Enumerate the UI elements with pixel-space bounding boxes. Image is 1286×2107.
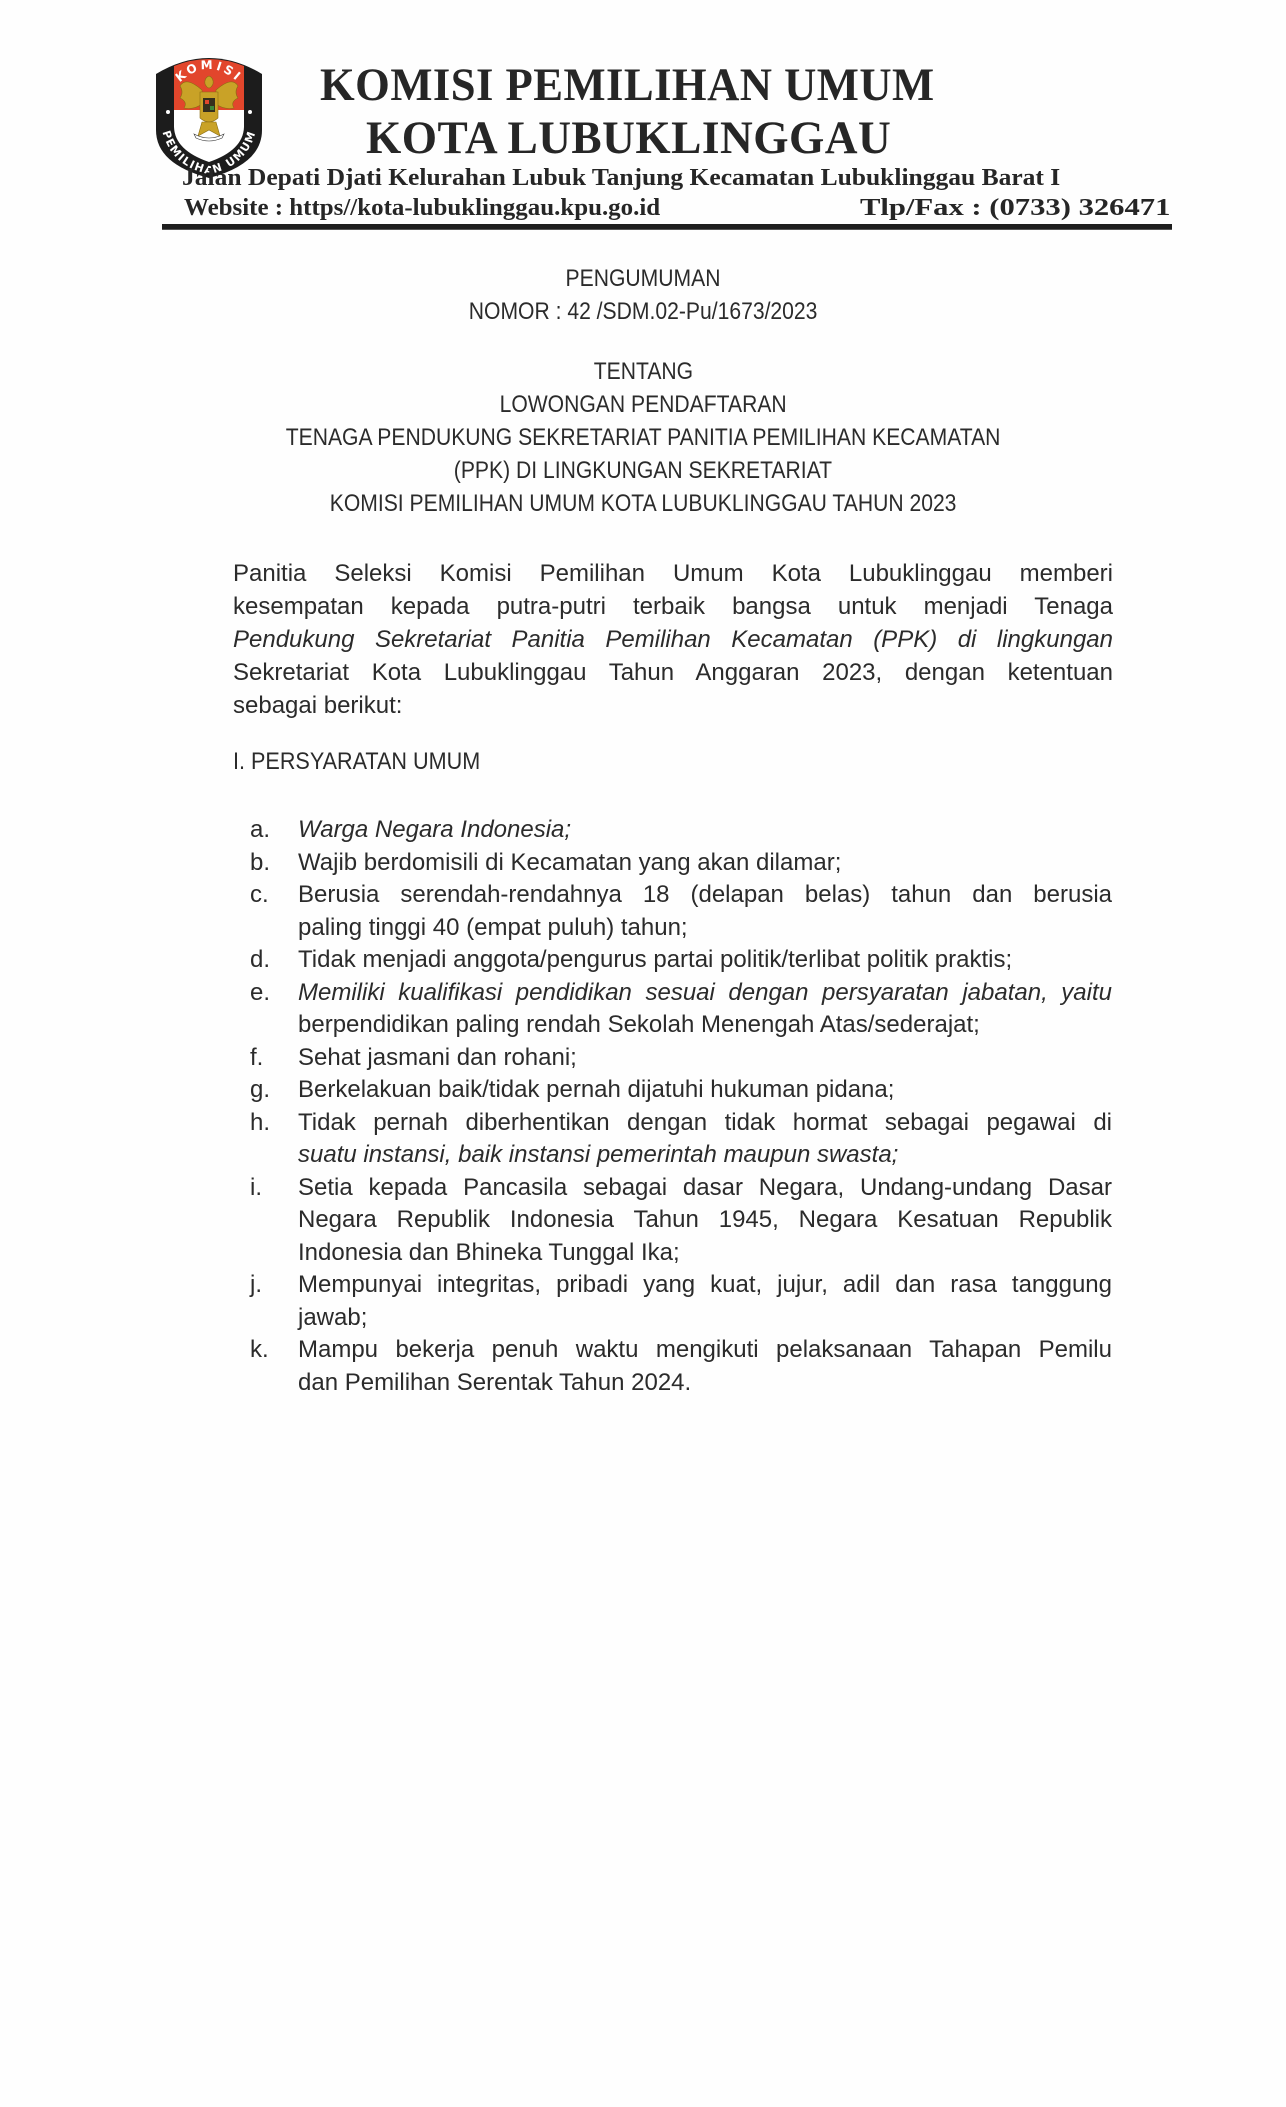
requirement-label: j.: [250, 1269, 262, 1302]
paragraph-line: sebagai berikut:: [233, 689, 1113, 722]
paragraph-line: Panitia Seleksi Komisi Pemilihan Umum Ko…: [233, 557, 1113, 590]
requirement-text-line: Mampu bekerja penuh waktu mengikuti pela…: [298, 1334, 1112, 1367]
requirement-text-line: jawab;: [298, 1302, 1112, 1335]
announcement-subject-line: KOMISI PEMILIHAN UMUM KOTA LUBUKLINGGAU …: [0, 490, 1286, 518]
requirement-label: i.: [250, 1172, 262, 1205]
institution-city: KOTA LUBUKLINGGAU: [366, 111, 891, 165]
requirement-item: k.Mampu bekerja penuh waktu mengikuti pe…: [250, 1334, 1112, 1399]
requirement-label: e.: [250, 977, 270, 1010]
letterhead-divider: [162, 224, 1172, 230]
announcement-subject-line: TENAGA PENDUKUNG SEKRETARIAT PANITIA PEM…: [0, 424, 1286, 452]
requirement-item: c.Berusia serendah-rendahnya 18 (delapan…: [250, 879, 1112, 944]
requirement-text-line: Mempunyai integritas, pribadi yang kuat,…: [298, 1269, 1112, 1302]
requirements-list: a.Warga Negara Indonesia;b.Wajib berdomi…: [250, 814, 1112, 1399]
requirement-text-line: Indonesia dan Bhineka Tunggal Ika;: [298, 1237, 1112, 1270]
requirement-text-line: Negara Republik Indonesia Tahun 1945, Ne…: [298, 1204, 1112, 1237]
institution-name: KOMISI PEMILIHAN UMUM: [320, 58, 935, 112]
requirement-text-line: Tidak menjadi anggota/pengurus partai po…: [298, 944, 1112, 977]
requirement-item: i.Setia kepada Pancasila sebagai dasar N…: [250, 1172, 1112, 1270]
requirement-text-line: berpendidikan paling rendah Sekolah Mene…: [298, 1009, 1112, 1042]
paragraph-line: Sekretariat Kota Lubuklinggau Tahun Angg…: [233, 656, 1113, 689]
kpu-logo-icon: KOMISI PEMILIHAN UMUM: [150, 46, 268, 178]
requirement-text-line: dan Pemilihan Serentak Tahun 2024.: [298, 1367, 1112, 1400]
requirement-label: a.: [250, 814, 270, 847]
institution-website: Website : https//kota-lubuklinggau.kpu.g…: [184, 195, 660, 222]
requirement-text-line: Berusia serendah-rendahnya 18 (delapan b…: [298, 879, 1112, 912]
requirement-text-line: suatu instansi, baik instansi pemerintah…: [298, 1139, 1112, 1172]
requirement-text-line: Setia kepada Pancasila sebagai dasar Neg…: [298, 1172, 1112, 1205]
announcement-subject-line: (PPK) DI LINGKUNGAN SEKRETARIAT: [0, 457, 1286, 485]
requirement-text-line: Berkelakuan baik/tidak pernah dijatuhi h…: [298, 1074, 1112, 1107]
requirement-item: d.Tidak menjadi anggota/pengurus partai …: [250, 944, 1112, 977]
requirement-text-line: paling tinggi 40 (empat puluh) tahun;: [298, 912, 1112, 945]
announcement-number: NOMOR : 42 /SDM.02-Pu/1673/2023: [0, 298, 1286, 326]
requirement-text-line: Memiliki kualifikasi pendidikan sesuai d…: [298, 977, 1112, 1010]
requirement-item: b.Wajib berdomisili di Kecamatan yang ak…: [250, 847, 1112, 880]
requirement-label: c.: [250, 879, 269, 912]
requirement-item: j.Mempunyai integritas, pribadi yang kua…: [250, 1269, 1112, 1334]
institution-phone: Tlp/Fax : (0733) 326471: [860, 195, 1170, 222]
requirement-label: b.: [250, 847, 270, 880]
paragraph-line: Pendukung Sekretariat Panitia Pemilihan …: [233, 623, 1113, 656]
section-heading: I. PERSYARATAN UMUM: [233, 748, 480, 776]
requirement-text-line: Warga Negara Indonesia;: [298, 814, 1112, 847]
requirement-label: h.: [250, 1107, 270, 1140]
requirement-label: k.: [250, 1334, 269, 1367]
intro-paragraph: Panitia Seleksi Komisi Pemilihan Umum Ko…: [233, 557, 1113, 722]
requirement-label: f.: [250, 1042, 263, 1075]
requirement-item: a.Warga Negara Indonesia;: [250, 814, 1112, 847]
requirement-text-line: Tidak pernah diberhentikan dengan tidak …: [298, 1107, 1112, 1140]
requirement-item: e.Memiliki kualifikasi pendidikan sesuai…: [250, 977, 1112, 1042]
announcement-subject-line: LOWONGAN PENDAFTARAN: [0, 391, 1286, 419]
requirement-item: f.Sehat jasmani dan rohani;: [250, 1042, 1112, 1075]
requirement-item: g.Berkelakuan baik/tidak pernah dijatuhi…: [250, 1074, 1112, 1107]
requirement-text-line: Wajib berdomisili di Kecamatan yang akan…: [298, 847, 1112, 880]
requirement-text-line: Sehat jasmani dan rohani;: [298, 1042, 1112, 1075]
institution-address: Jalan Depati Djati Kelurahan Lubuk Tanju…: [182, 165, 1060, 192]
announcement-heading: PENGUMUMAN: [0, 265, 1286, 293]
requirement-item: h.Tidak pernah diberhentikan dengan tida…: [250, 1107, 1112, 1172]
requirement-label: g.: [250, 1074, 270, 1107]
announcement-about-label: TENTANG: [0, 358, 1286, 386]
paragraph-line: kesempatan kepada putra-putri terbaik ba…: [233, 590, 1113, 623]
requirement-label: d.: [250, 944, 270, 977]
